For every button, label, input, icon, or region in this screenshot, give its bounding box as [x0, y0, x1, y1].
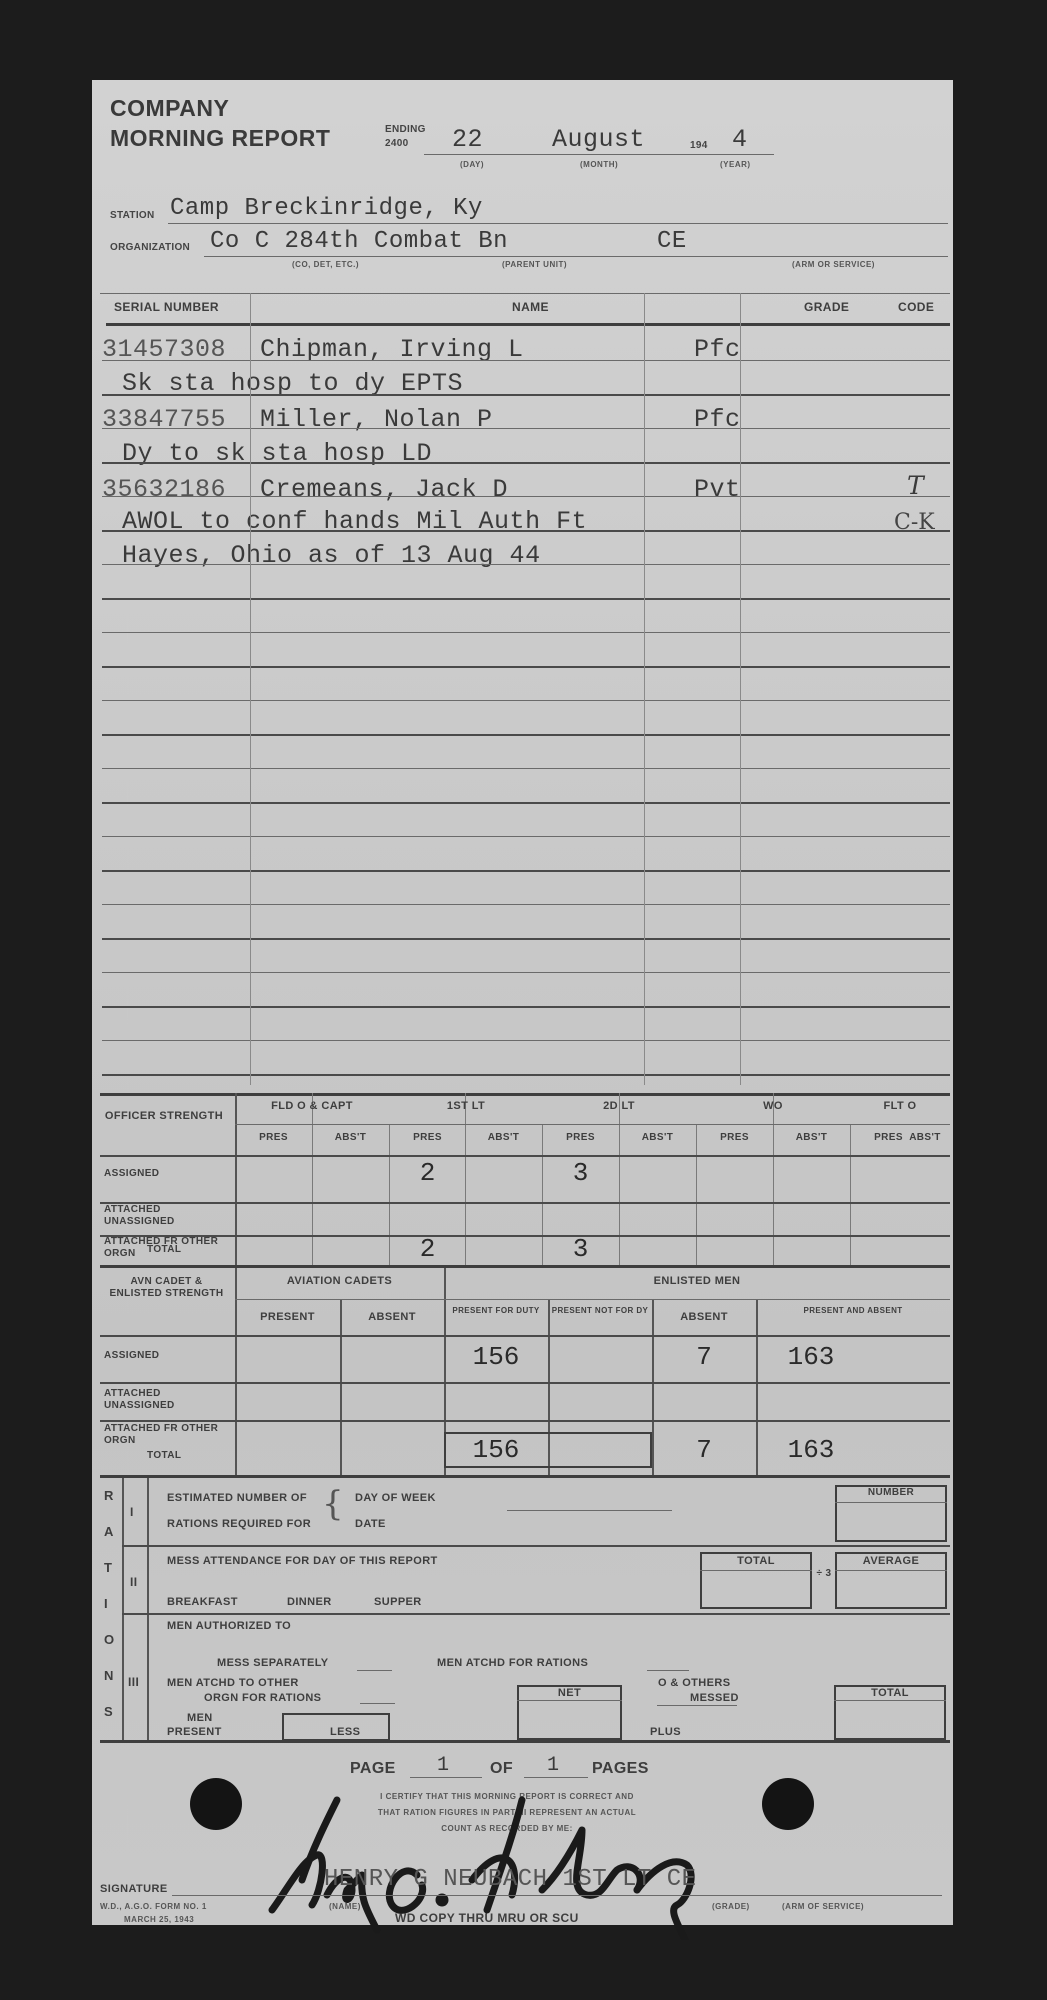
dinner-label: DINNER [287, 1596, 332, 1608]
roster-rule [102, 564, 950, 565]
entry-serial: 33847755 [102, 406, 226, 434]
total-label: TOTAL [700, 1555, 812, 1567]
men-authorized-label: MEN AUTHORIZED TO [167, 1620, 291, 1632]
org-caption-unit: (CO, DET, ETC.) [292, 260, 359, 269]
officer-subheader: PRES [235, 1132, 312, 1143]
roster-rule [102, 938, 950, 940]
net-label: NET [517, 1687, 622, 1699]
mess-attendance-label: MESS ATTENDANCE FOR DAY OF THIS REPORT [167, 1555, 438, 1567]
enlisted-count: 7 [652, 1435, 756, 1465]
officer-group-header: 2D LT [542, 1100, 696, 1112]
box-divider [834, 1700, 946, 1701]
year-caption: (YEAR) [720, 160, 751, 169]
roster-column-divider [740, 293, 741, 1085]
officer-count: 2 [389, 1158, 466, 1188]
report-day: 22 [452, 126, 483, 154]
enlisted-count: 163 [756, 1435, 866, 1465]
org-caption-arm: (ARM OR SERVICE) [792, 260, 875, 269]
total-label: TOTAL [834, 1687, 946, 1699]
page-label: PAGE [350, 1760, 396, 1778]
grid-line [340, 1299, 342, 1475]
enlisted-row-label: ATTACHED UNASSIGNED [104, 1388, 229, 1412]
enlisted-count: 156 [444, 1342, 548, 1372]
year-underline [714, 154, 764, 155]
station-underline [168, 223, 948, 224]
enlisted-subheader: PRESENT NOT FOR DY [548, 1305, 652, 1316]
grid-line [850, 1124, 851, 1265]
grade-caption: (GRADE) [712, 1902, 750, 1911]
roster-rule [102, 700, 950, 701]
signature-label: SIGNATURE [100, 1883, 168, 1895]
grid-line [100, 1740, 950, 1743]
roster-rule [102, 462, 950, 464]
men-atchd-rations-label: MEN ATCHD FOR RATIONS [437, 1657, 588, 1669]
brace-icon: { [322, 1484, 344, 1524]
enlisted-count: 7 [652, 1342, 756, 1372]
grid-line [100, 1265, 950, 1268]
officer-strength-title: OFFICER STRENGTH [104, 1110, 224, 1123]
men-atchd-other-label: MEN ATCHD TO OTHER [167, 1677, 299, 1689]
section-numeral: I [130, 1505, 134, 1519]
enlisted-row-label: ATTACHED FR OTHER ORGN [104, 1423, 229, 1447]
entry-name: Cremeans, Jack D [260, 476, 508, 504]
officer-subheader: ABS'T [773, 1132, 850, 1143]
roster-rule [102, 496, 950, 497]
officer-count: 2 [389, 1234, 466, 1264]
day-of-week-label: DAY OF WEEK [355, 1492, 436, 1504]
enlisted-row-label: ASSIGNED [104, 1350, 229, 1362]
signature-underline [172, 1895, 942, 1896]
station-label: STATION [110, 210, 155, 221]
fill-line [357, 1670, 392, 1671]
roster-rule [102, 904, 950, 905]
ending-hour: 2400 [385, 138, 408, 149]
day-caption: (DAY) [460, 160, 484, 169]
report-month: August [552, 126, 645, 154]
less-label: LESS [330, 1726, 360, 1738]
copy-note: WD COPY THRU MRU OR SCU [395, 1911, 579, 1925]
officer-group-header: FLT O [850, 1100, 950, 1112]
entry-grade: Pfc [694, 406, 741, 434]
men-present-label: PRESENT [167, 1726, 222, 1738]
roster-column-divider [644, 293, 645, 1085]
officer-count: 3 [542, 1234, 619, 1264]
number-label: NUMBER [835, 1487, 947, 1498]
roster-rule [102, 802, 950, 804]
header-code: CODE [898, 300, 934, 314]
roster-rule [102, 666, 950, 668]
roster-rule [102, 360, 950, 361]
roster-rule [102, 1040, 950, 1041]
roster-rule [102, 428, 950, 429]
name-caption: (NAME) [329, 1902, 361, 1911]
grid-line [100, 1475, 950, 1478]
rations-side-letter: R [104, 1488, 114, 1503]
organization-underline [204, 256, 948, 257]
box-divider [835, 1570, 947, 1571]
officer-subheader: PRES [696, 1132, 773, 1143]
header-name: NAME [512, 300, 549, 314]
form-date: MARCH 25, 1943 [124, 1915, 194, 1924]
rations-estimate-label: ESTIMATED NUMBER OF [167, 1492, 307, 1504]
box-divider [835, 1502, 947, 1503]
roster-rule [102, 530, 950, 532]
entry-serial: 35632186 [102, 476, 226, 504]
punch-hole-left [190, 1778, 242, 1830]
grid-line [100, 1155, 950, 1157]
grid-line [100, 1335, 950, 1337]
roster-column-divider [250, 293, 251, 1085]
aviation-cadets-header: AVIATION CADETS [235, 1275, 444, 1287]
grid-line [235, 1093, 237, 1265]
grid-line [312, 1093, 313, 1265]
organization-value: Co C 284th Combat Bn [210, 228, 508, 256]
enlisted-subheader: ABSENT [340, 1312, 444, 1323]
fill-line [657, 1705, 737, 1706]
signer-typed-name: HENRY G NEUBACH 1ST LT CE [324, 1866, 697, 1894]
header-grade: GRADE [804, 300, 849, 314]
enlisted-count: 156 [444, 1435, 548, 1465]
rations-side-letter: T [104, 1560, 112, 1575]
roster-rule [102, 972, 950, 973]
orgn-for-rations-label: ORGN FOR RATIONS [204, 1692, 321, 1704]
form-number: W.D., A.G.O. FORM NO. 1 [100, 1902, 207, 1911]
officer-table-top [100, 1093, 950, 1096]
fill-line [360, 1703, 395, 1704]
rations-side-letter: S [104, 1704, 113, 1719]
rations-side-letter: O [104, 1632, 115, 1647]
roster-rule [102, 598, 950, 600]
pages-label: PAGES [592, 1760, 649, 1778]
divide-by-three: ÷ 3 [814, 1568, 834, 1579]
officer-subheader: ABS'T [465, 1132, 542, 1143]
fill-line [647, 1670, 689, 1671]
o-others-label: O & OTHERS [658, 1677, 730, 1689]
enlisted-subheader: PRESENT AND ABSENT [756, 1305, 950, 1316]
section-numeral: II [130, 1575, 137, 1589]
section-numeral: III [128, 1675, 139, 1689]
roster-rule [102, 870, 950, 872]
average-label: AVERAGE [835, 1555, 947, 1567]
form-title-line2: MORNING REPORT [110, 124, 330, 152]
roster-rule [102, 1074, 950, 1076]
header-serial-number: SERIAL NUMBER [114, 300, 219, 314]
arm-of-service-value: CE [657, 228, 687, 256]
grid-line [100, 1420, 950, 1422]
box-divider [700, 1570, 812, 1571]
officer-group-header: 1ST LT [389, 1100, 543, 1112]
plus-label: PLUS [650, 1726, 681, 1738]
station-value: Camp Breckinridge, Ky [170, 195, 483, 223]
enlisted-strength-title: AVN CADET & ENLISTED STRENGTH [104, 1276, 229, 1300]
enlisted-men-header: ENLISTED MEN [444, 1275, 950, 1287]
officer-group-header: WO [696, 1100, 850, 1112]
rations-side-letter: N [104, 1668, 114, 1683]
punch-hole-right [762, 1778, 814, 1830]
arm-caption: (ARM OF SERVICE) [782, 1902, 864, 1911]
month-caption: (MONTH) [580, 160, 618, 169]
grid-line [122, 1545, 950, 1547]
enlisted-row-label: TOTAL [147, 1450, 272, 1462]
organization-label: ORGANIZATION [110, 242, 190, 253]
form-title-line1: COMPANY [110, 94, 229, 122]
mess-separately-label: MESS SEPARATELY [217, 1657, 329, 1669]
box-divider [517, 1700, 622, 1701]
org-caption-parent: (PARENT UNIT) [502, 260, 567, 269]
men-present-label: MEN [187, 1712, 213, 1724]
enlisted-count: 163 [756, 1342, 866, 1372]
supper-label: SUPPER [374, 1596, 422, 1608]
grid-line [619, 1093, 620, 1265]
grid-line [147, 1478, 149, 1740]
officer-row-label: ATTACHED UNASSIGNED [104, 1204, 229, 1228]
grid-line [122, 1613, 950, 1615]
entry-remark: Hayes, Ohio as of 13 Aug 44 [122, 542, 541, 570]
officer-group-header: FLD O & CAPT [235, 1100, 389, 1112]
page-total: 1 [547, 1752, 560, 1780]
report-year-digit: 4 [732, 126, 748, 154]
grid-line [773, 1093, 774, 1265]
officer-count: 3 [542, 1158, 619, 1188]
year-prefix: 194 [690, 140, 708, 151]
enlisted-subheader: ABSENT [652, 1312, 756, 1323]
grid-line [235, 1299, 950, 1300]
grid-line [100, 1382, 950, 1384]
officer-subheader: PRES [542, 1132, 619, 1143]
page-number: 1 [437, 1752, 450, 1780]
date-label: DATE [355, 1518, 386, 1530]
officer-subheader: ABS'T [619, 1132, 696, 1143]
breakfast-label: BREAKFAST [167, 1596, 238, 1608]
grid-line [235, 1124, 950, 1125]
messed-label: MESSED [690, 1692, 739, 1704]
roster-rule [102, 836, 950, 837]
roster-rule [102, 632, 950, 633]
ending-label: ENDING [385, 124, 426, 135]
rations-estimate-label: RATIONS REQUIRED FOR [167, 1518, 311, 1530]
entry-grade: Pvt [694, 476, 741, 504]
roster-rule [102, 734, 950, 736]
roster-rule [102, 1006, 950, 1008]
rations-side-letter: I [104, 1596, 108, 1611]
officer-row-label: ASSIGNED [104, 1168, 229, 1180]
morning-report-form: COMPANY MORNING REPORT ENDING 2400 22 Au… [92, 80, 953, 1925]
of-label: OF [490, 1760, 513, 1778]
enlisted-subheader: PRESENT FOR DUTY [444, 1305, 548, 1316]
officer-row-label: TOTAL [147, 1244, 272, 1256]
officer-subheader: ABS'T [900, 1132, 950, 1143]
roster-rule [102, 394, 950, 396]
enlisted-subheader: PRESENT [235, 1312, 340, 1323]
officer-subheader: PRES [389, 1132, 466, 1143]
officer-subheader: ABS'T [312, 1132, 389, 1143]
grid-line [122, 1478, 124, 1740]
roster-header-line [106, 323, 950, 326]
roster-rule [102, 768, 950, 769]
rations-side-letter: A [104, 1524, 114, 1539]
roster-top-line [100, 293, 950, 294]
entry-name: Miller, Nolan P [260, 406, 493, 434]
grid-line [696, 1124, 697, 1265]
fill-line [507, 1510, 672, 1511]
